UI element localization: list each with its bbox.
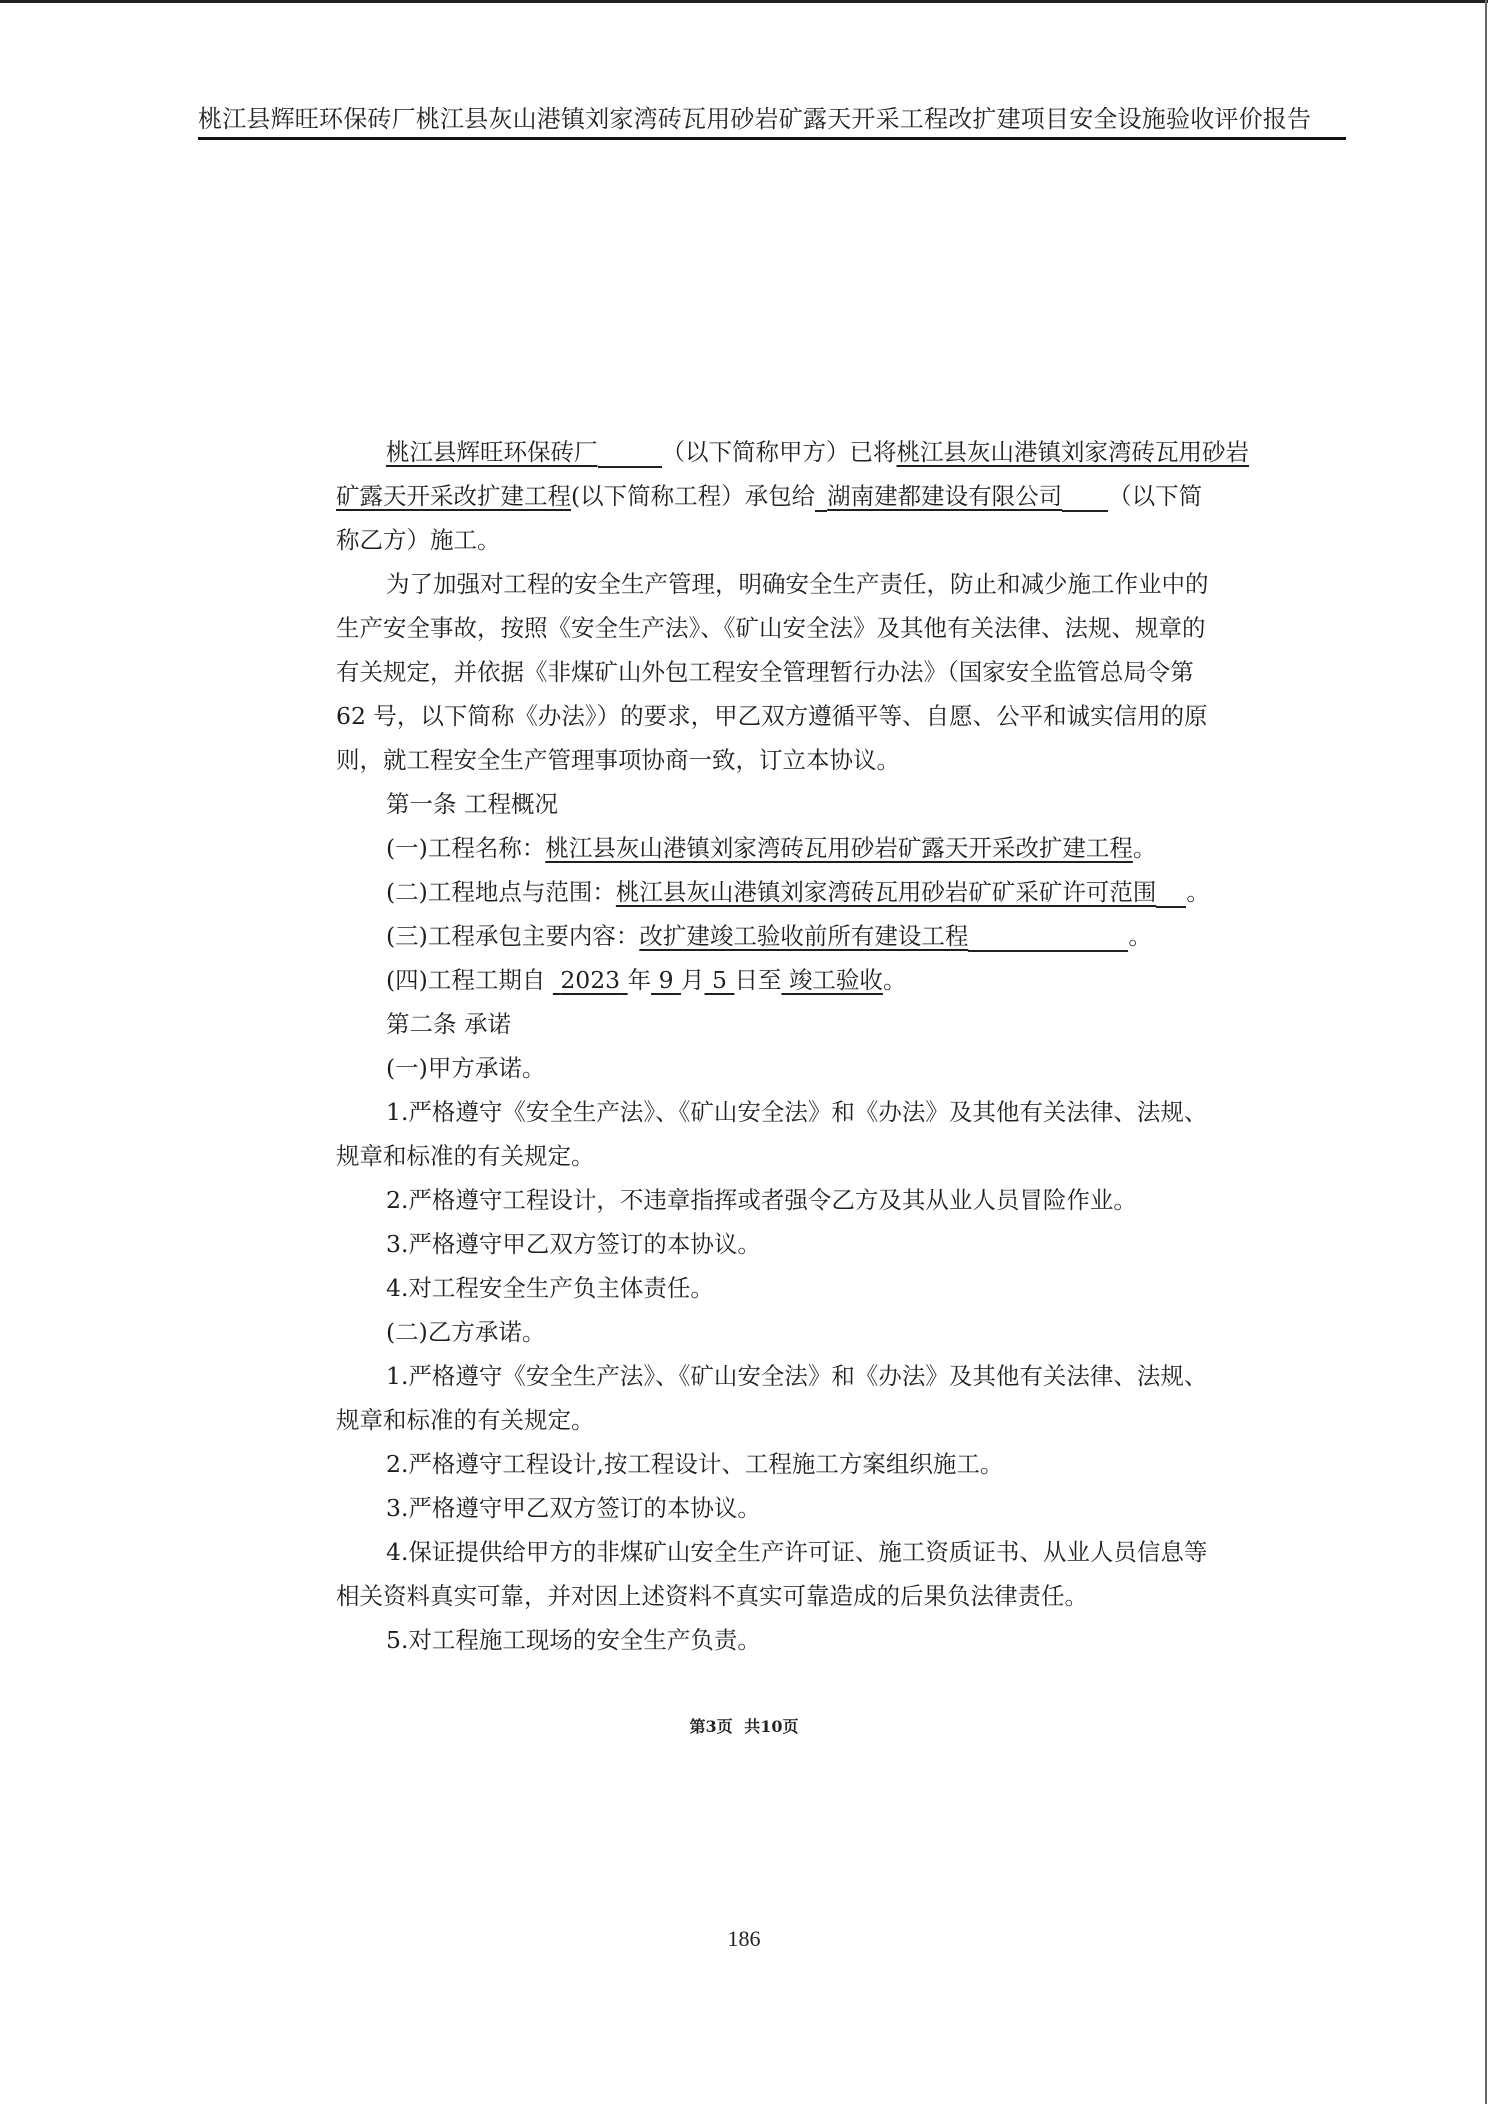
item-label: (一)工程名称： — [386, 834, 545, 862]
blank-underline — [968, 920, 1128, 952]
party-a-commitments-heading: (一)甲方承诺。 — [336, 1046, 1198, 1090]
party-a-item-1: 1.严格遵守《安全生产法》、《矿山安全法》和《办法》及其他有关法律、法规、 — [336, 1090, 1198, 1134]
item-end: 。 — [1133, 834, 1157, 862]
document-page-number: 186 — [0, 1926, 1488, 1952]
party-a-item-1-cont: 规章和标准的有关规定。 — [336, 1134, 1198, 1178]
purpose-line: 则，就工程安全生产管理事项协商一致，订立本协议。 — [336, 738, 1198, 782]
end-value: 竣工验收 — [789, 966, 883, 994]
period-month: 9 — [651, 966, 681, 994]
project-location-item: (二)工程地点与范围：桃江县灰山港镇刘家湾砖瓦用砂岩矿矿采矿许可范围。 — [336, 870, 1198, 914]
purpose-line: 为了加强对工程的安全生产管理，明确安全生产责任，防止和减少施工作业中的 — [336, 562, 1198, 606]
purpose-line: 62 号，以下简称《办法》）的要求，甲乙双方遵循平等、自愿、公平和诚实信用的原 — [336, 694, 1198, 738]
party-b-item-2: 2.严格遵守工程设计,按工程设计、工程施工方案组织施工。 — [336, 1442, 1198, 1486]
header-rule — [198, 137, 1346, 140]
month-value: 9 — [659, 966, 674, 994]
intro-line-1: 桃江县辉旺环保砖厂（以下简称甲方）已将桃江县灰山港镇刘家湾砖瓦用砂岩 — [336, 430, 1198, 474]
blank-underline — [815, 480, 827, 512]
party-a-suffix: （以下简称甲方）已将 — [662, 438, 897, 466]
contractor-suffix: （以下简 — [1108, 482, 1202, 510]
item-end: 。 — [1186, 878, 1210, 906]
agreement-body: 桃江县辉旺环保砖厂（以下简称甲方）已将桃江县灰山港镇刘家湾砖瓦用砂岩 矿露天开采… — [336, 430, 1198, 1662]
party-b-item-5: 5.对工程施工现场的安全生产负责。 — [336, 1618, 1198, 1662]
period-end: 竣工验收 — [781, 966, 882, 994]
intro-line-3: 称乙方）施工。 — [336, 518, 1198, 562]
period-end-mark: 。 — [883, 966, 907, 994]
blank-underline — [1156, 876, 1186, 908]
page-right-border — [1485, 0, 1487, 2104]
item-label: (二)工程地点与范围： — [386, 878, 616, 906]
item-value: 桃江县灰山港镇刘家湾砖瓦用砂岩矿矿采矿许可范围 — [616, 878, 1157, 906]
project-period-item: (四)工程工期自 2023 年 9 月 5 日至 竣工验收。 — [336, 958, 1198, 1002]
party-a-item-3: 3.严格遵守甲乙双方签订的本协议。 — [336, 1222, 1198, 1266]
day-value: 5 — [712, 966, 727, 994]
party-a-item-4: 4.对工程安全生产负主体责任。 — [336, 1266, 1198, 1310]
purpose-paragraph: 为了加强对工程的安全生产管理，明确安全生产责任，防止和减少施工作业中的 生产安全… — [336, 562, 1198, 782]
year-unit: 年 — [628, 966, 652, 994]
party-b-commitments-heading: (二)乙方承诺。 — [336, 1310, 1198, 1354]
item-value: 桃江县灰山港镇刘家湾砖瓦用砂岩矿露天开采改扩建工程 — [545, 834, 1133, 862]
year-value: 2023 — [560, 966, 620, 994]
purpose-line: 有关规定，并依据《非煤矿山外包工程安全管理暂行办法》（国家安全监管总局令第 — [336, 650, 1198, 694]
party-a-name: 桃江县辉旺环保砖厂 — [386, 438, 598, 466]
period-day: 5 — [705, 966, 735, 994]
contractor-name: 湖南建都建设有限公司 — [827, 482, 1062, 510]
party-b-item-4-cont: 相关资料真实可靠，并对因上述资料不真实可靠造成的后果负法律责任。 — [336, 1574, 1198, 1618]
project-name-part2: 矿露天开采改扩建工程 — [336, 482, 571, 510]
project-scope-item: (三)工程承包主要内容：改扩建竣工验收前所有建设工程。 — [336, 914, 1198, 958]
running-header: 桃江县辉旺环保砖厂桃江县灰山港镇刘家湾砖瓦用砂岩矿露天开采工程改扩建项目安全设施… — [198, 104, 1346, 134]
item-label: (三)工程承包主要内容： — [386, 922, 639, 950]
day-unit: 日至 — [734, 966, 781, 994]
party-a-item-2: 2.严格遵守工程设计，不违章指挥或者强令乙方及其从业人员冒险作业。 — [336, 1178, 1198, 1222]
party-b-item-3: 3.严格遵守甲乙双方签订的本协议。 — [336, 1486, 1198, 1530]
month-unit: 月 — [681, 966, 705, 994]
article-2-heading: 第二条 承诺 — [336, 1002, 1198, 1046]
party-b-item-4: 4.保证提供给甲方的非煤矿山安全生产许可证、施工资质证书、从业人员信息等 — [336, 1530, 1198, 1574]
contractor-suffix-2: 称乙方）施工。 — [336, 526, 501, 554]
blank-underline — [598, 436, 662, 468]
party-b-item-1-cont: 规章和标准的有关规定。 — [336, 1398, 1198, 1442]
intro-paragraph: 桃江县辉旺环保砖厂（以下简称甲方）已将桃江县灰山港镇刘家湾砖瓦用砂岩 矿露天开采… — [336, 430, 1198, 562]
article-1-heading: 第一条 工程概况 — [336, 782, 1198, 826]
project-name-part1: 桃江县灰山港镇刘家湾砖瓦用砂岩 — [897, 438, 1250, 466]
party-b-item-1: 1.严格遵守《安全生产法》、《矿山安全法》和《办法》及其他有关法律、法规、 — [336, 1354, 1198, 1398]
page-indicator: 第3页 共10页 — [0, 1714, 1488, 1737]
item-end: 。 — [1128, 922, 1152, 950]
article-2: 第二条 承诺 (一)甲方承诺。 1.严格遵守《安全生产法》、《矿山安全法》和《办… — [336, 1002, 1198, 1662]
project-name-item: (一)工程名称：桃江县灰山港镇刘家湾砖瓦用砂岩矿露天开采改扩建工程。 — [336, 826, 1198, 870]
purpose-line: 生产安全事故，按照《安全生产法》、《矿山安全法》及其他有关法律、法规、规章的 — [336, 606, 1198, 650]
item-value: 改扩建竣工验收前所有建设工程 — [639, 922, 968, 950]
blank-underline — [1062, 480, 1108, 512]
period-prefix: (四)工程工期自 — [386, 966, 545, 994]
page-top-border — [0, 0, 1488, 3]
period-year: 2023 — [553, 966, 628, 994]
intro-line-2: 矿露天开采改扩建工程(以下简称工程）承包给湖南建都建设有限公司（以下简 — [336, 474, 1198, 518]
article-1: 第一条 工程概况 (一)工程名称：桃江县灰山港镇刘家湾砖瓦用砂岩矿露天开采改扩建… — [336, 782, 1198, 1002]
project-suffix: (以下简称工程）承包给 — [571, 482, 815, 510]
